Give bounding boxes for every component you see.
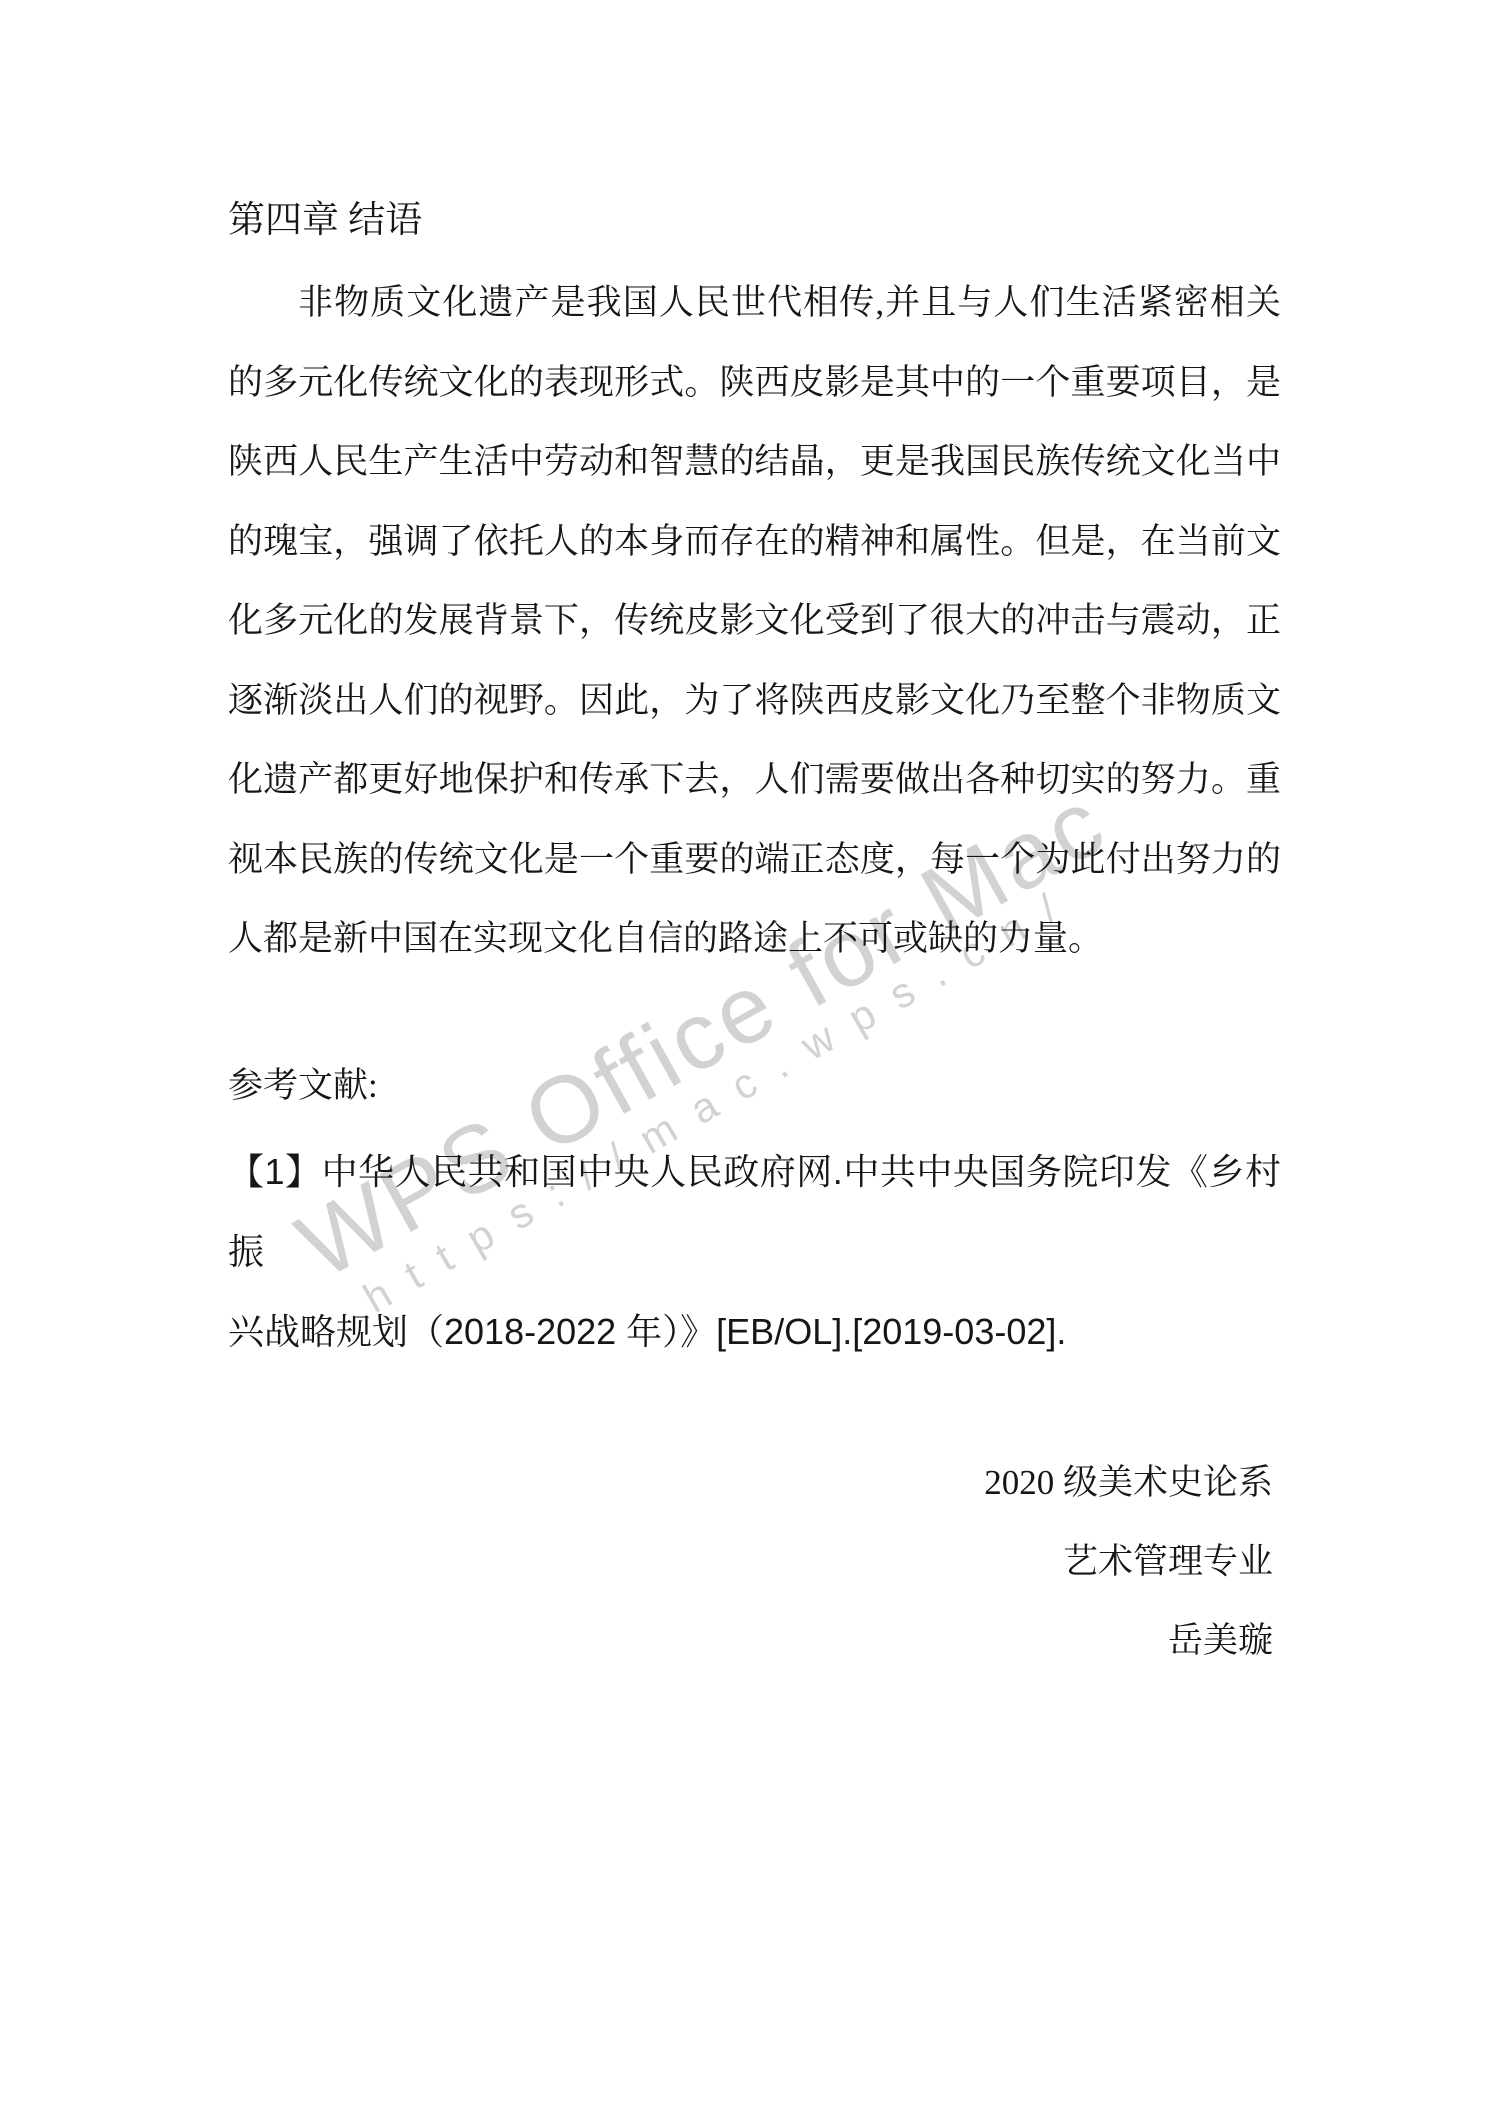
references-label: 参考文献: bbox=[228, 1046, 1281, 1126]
reference-entry: 【1】中华人民共和国中央人民政府网.中共中央国务院印发《乡村振兴战略规划（201… bbox=[228, 1132, 1281, 1372]
paragraph-line: 化遗产都更好地保护和传承下去，人们需要做出各种切实的努力。重 bbox=[228, 740, 1281, 820]
reference-line: 【1】中华人民共和国中央人民政府网.中共中央国务院印发《乡村振 bbox=[228, 1132, 1281, 1292]
paragraph-line: 人都是新中国在实现文化自信的路途上不可或缺的力量。 bbox=[228, 899, 1281, 979]
paragraph-line: 的瑰宝，强调了依托人的本身而存在的精神和属性。但是，在当前文 bbox=[228, 502, 1281, 582]
body-paragraph: 非物质文化遗产是我国人民世代相传,并且与人们生活紧密相关的多元化传统文化的表现形… bbox=[228, 263, 1281, 979]
paragraph-line: 陕西人民生产生活中劳动和智慧的结晶，更是我国民族传统文化当中 bbox=[228, 422, 1281, 502]
signature-block: 2020 级美术史论系艺术管理专业岳美璇 bbox=[984, 1443, 1273, 1680]
signature-line: 岳美璇 bbox=[984, 1601, 1273, 1680]
paragraph-line: 视本民族的传统文化是一个重要的端正态度，每一个为此付出努力的 bbox=[228, 820, 1281, 900]
reference-line: 兴战略规划（2018-2022 年）》[EB/OL].[2019-03-02]. bbox=[228, 1292, 1281, 1372]
paragraph-line: 化多元化的发展背景下，传统皮影文化受到了很大的冲击与震动，正 bbox=[228, 581, 1281, 661]
paragraph-line: 逐渐淡出人们的视野。因此，为了将陕西皮影文化乃至整个非物质文 bbox=[228, 661, 1281, 741]
chapter-heading: 第四章 结语 bbox=[228, 181, 1281, 261]
signature-line: 2020 级美术史论系 bbox=[984, 1443, 1273, 1522]
document-page: WPS Office for Mac https://mac.wps.cn/ 第… bbox=[0, 0, 1500, 2123]
paragraph-line: 非物质文化遗产是我国人民世代相传,并且与人们生活紧密相关 bbox=[228, 263, 1281, 343]
signature-line: 艺术管理专业 bbox=[984, 1522, 1273, 1601]
paragraph-line: 的多元化传统文化的表现形式。陕西皮影是其中的一个重要项目，是 bbox=[228, 343, 1281, 423]
